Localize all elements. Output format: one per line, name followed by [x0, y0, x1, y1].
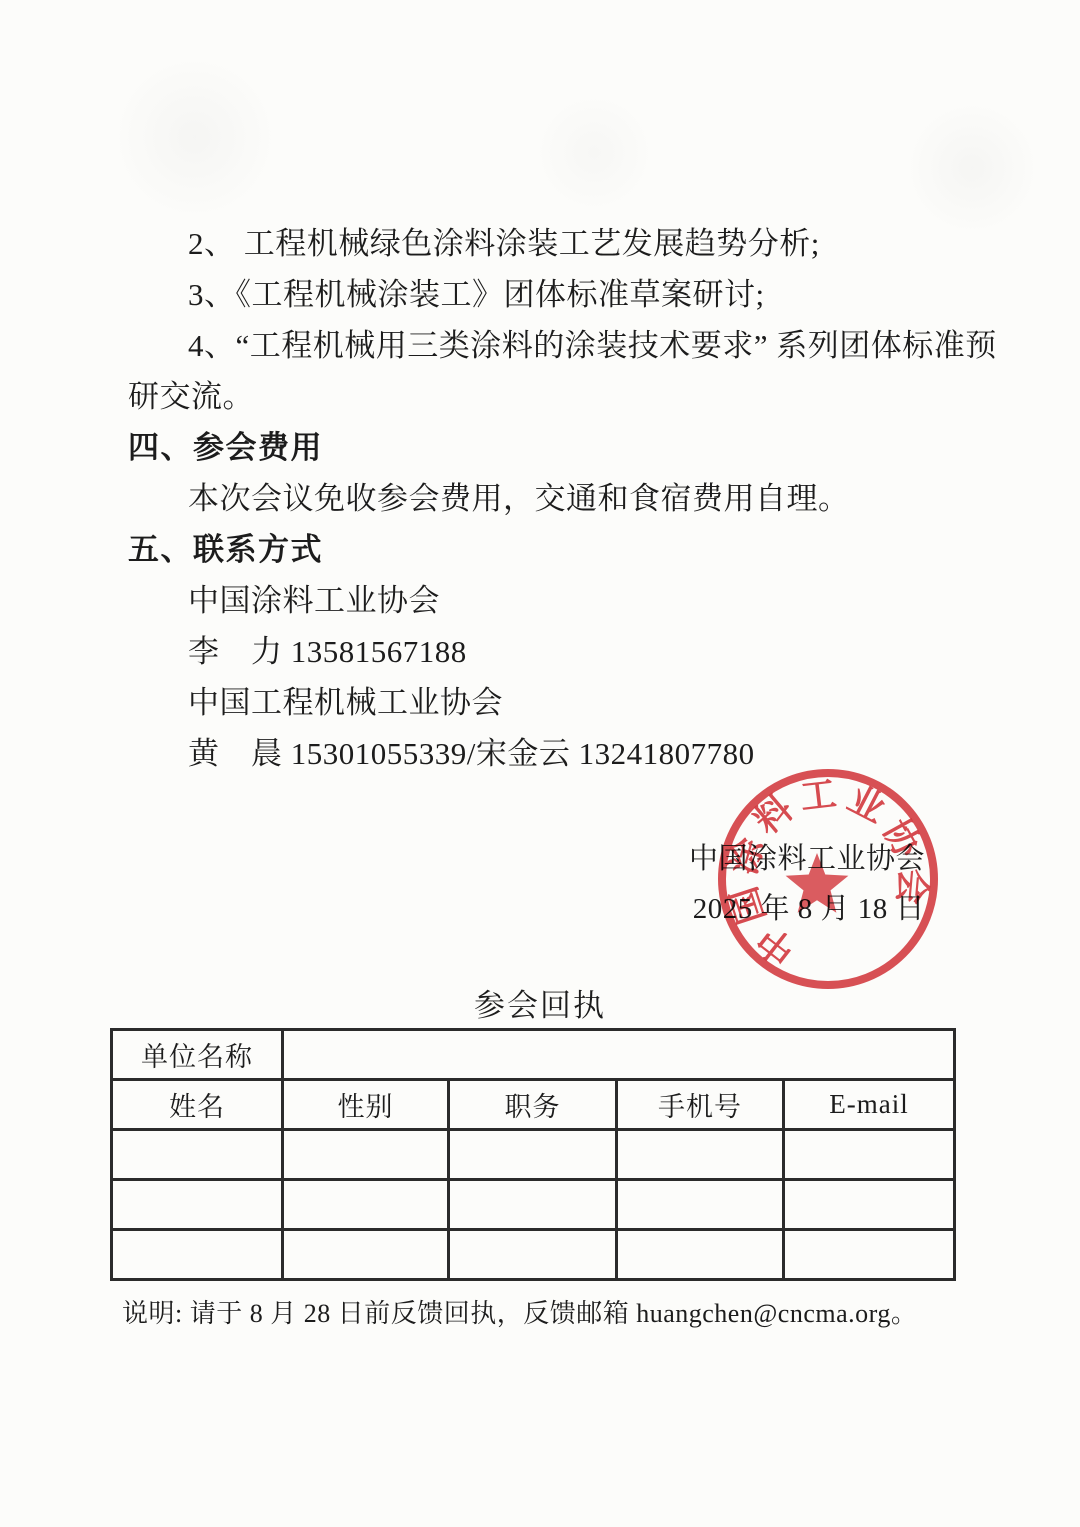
notice-line: 2、 工程机械绿色涂料涂装工艺发展趋势分析; — [128, 218, 970, 269]
table-row — [112, 1130, 955, 1180]
empty-cell — [784, 1130, 955, 1180]
empty-cell — [112, 1180, 283, 1230]
empty-cell — [449, 1230, 617, 1280]
unit-name-label: 单位名称 — [112, 1030, 283, 1080]
empty-cell — [283, 1180, 449, 1230]
seal-arc-character: 工 — [798, 774, 838, 818]
table-row — [112, 1230, 955, 1280]
notice-body: 2、 工程机械绿色涂料涂装工艺发展趋势分析;3、《工程机械涂装工》团体标准草案研… — [128, 218, 970, 779]
table-row — [112, 1180, 955, 1230]
signature-org: 中国涂料工业协会 — [689, 834, 925, 884]
seal-arc-character: 业 — [841, 778, 891, 830]
empty-cell — [617, 1130, 784, 1180]
signature-date: 2025 年 8 月 18 日 — [689, 884, 925, 934]
notice-line: 本次会议免收参会费用，交通和食宿费用自理。 — [128, 473, 970, 524]
col-header-phone: 手机号 — [617, 1080, 784, 1130]
section-heading: 四、参会费用 — [128, 422, 970, 473]
empty-cell — [784, 1230, 955, 1280]
notice-line: 中国涂料工业协会 — [128, 575, 970, 626]
empty-cell — [784, 1180, 955, 1230]
col-header-gender: 性别 — [283, 1080, 449, 1130]
empty-cell — [449, 1180, 617, 1230]
empty-cell — [112, 1130, 283, 1180]
col-header-email: E-mail — [784, 1080, 955, 1130]
table-header-row: 姓名 性别 职务 手机号 E-mail — [112, 1080, 955, 1130]
reply-form-title: 参会回执 — [0, 986, 1080, 1026]
unit-name-value-cell — [283, 1030, 955, 1080]
notice-line: 黄 晨 15301055339/宋金云 13241807780 — [128, 728, 970, 779]
empty-cell — [283, 1130, 449, 1180]
col-header-title: 职务 — [449, 1080, 617, 1130]
table-row-unit: 单位名称 — [112, 1030, 955, 1080]
col-header-name: 姓名 — [112, 1080, 283, 1130]
notice-line: 研交流。 — [128, 371, 970, 422]
footnote: 说明: 请于 8 月 28 日前反馈回执，反馈邮箱 huangchen@cncm… — [122, 1296, 917, 1332]
notice-line: 3、《工程机械涂装工》团体标准草案研讨; — [128, 269, 970, 320]
signature-block: 中国涂料工业协会 2025 年 8 月 18 日 — [689, 834, 925, 934]
empty-cell — [112, 1230, 283, 1280]
notice-line: 4、“工程机械用三类涂料的涂装技术要求” 系列团体标准预 — [128, 320, 970, 371]
empty-cell — [449, 1130, 617, 1180]
empty-cell — [283, 1230, 449, 1280]
empty-cell — [617, 1180, 784, 1230]
notice-line: 李 力 13581567188 — [128, 626, 970, 677]
reply-form-table: 单位名称 姓名 性别 职务 手机号 E-mail — [110, 1028, 956, 1281]
empty-cell — [617, 1230, 784, 1280]
section-heading: 五、联系方式 — [128, 524, 970, 575]
notice-line: 中国工程机械工业协会 — [128, 677, 970, 728]
document-page: 2、 工程机械绿色涂料涂装工艺发展趋势分析;3、《工程机械涂装工》团体标准草案研… — [0, 0, 1080, 1527]
